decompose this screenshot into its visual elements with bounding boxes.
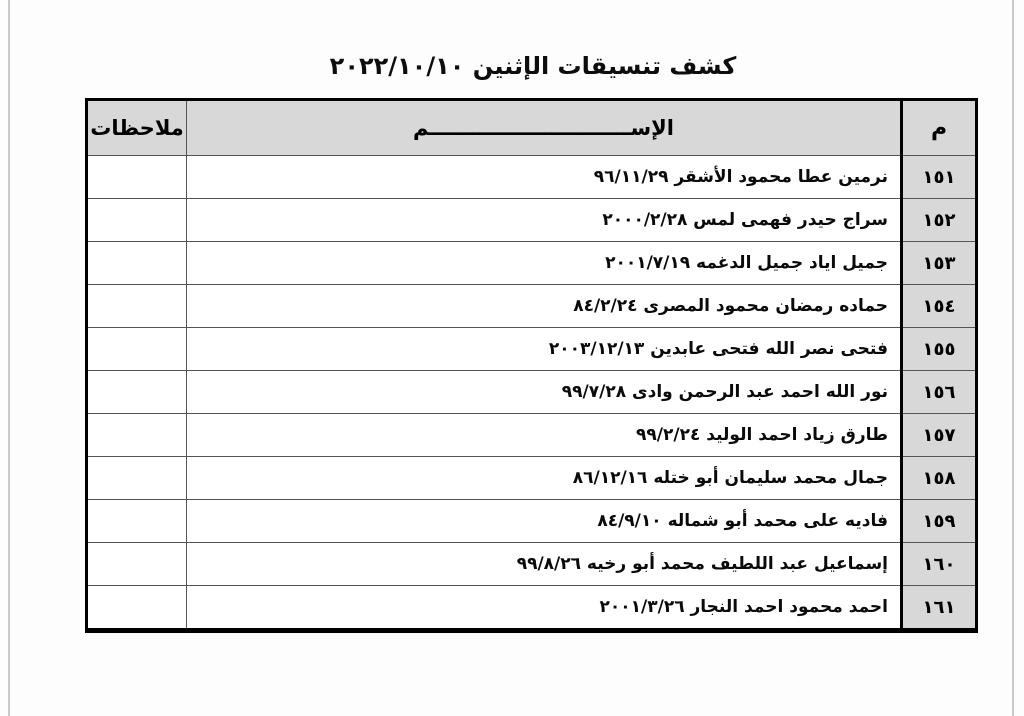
table-row: ١٥٢ سراج حيدر فهمى لمس ٢٠٠٠/٢/٢٨ [87, 199, 977, 242]
name-cell: جميل اياد جميل الدغمه ٢٠٠١/٧/١٩ [187, 242, 902, 285]
row-number-cell: ١٥٣ [902, 242, 977, 285]
notes-cell [87, 199, 187, 242]
table-row: ١٥٩ فاديه على محمد أبو شماله ٨٤/٩/١٠ [87, 500, 977, 543]
table-row: ١٥٥ فتحى نصر الله فتحى عابدين ٢٠٠٣/١٢/١٣ [87, 328, 977, 371]
row-number-cell: ١٦١ [902, 586, 977, 631]
row-number-cell: ١٥٢ [902, 199, 977, 242]
name-cell: سراج حيدر فهمى لمس ٢٠٠٠/٢/٢٨ [187, 199, 902, 242]
column-header-notes: ملاحظات [87, 100, 187, 156]
name-cell: جمال محمد سليمان أبو ختله ٨٦/١٢/١٦ [187, 457, 902, 500]
table-row: ١٦١ احمد محمود احمد النجار ٢٠٠١/٣/٢٦ [87, 586, 977, 631]
page-edge-line-left [8, 0, 10, 716]
notes-cell [87, 156, 187, 199]
row-number-cell: ١٦٠ [902, 543, 977, 586]
name-cell: طارق زياد احمد الوليد ٩٩/٢/٢٤ [187, 414, 902, 457]
notes-cell [87, 586, 187, 631]
row-number-cell: ١٥٩ [902, 500, 977, 543]
column-header-number: م [902, 100, 977, 156]
row-number-cell: ١٥٥ [902, 328, 977, 371]
notes-cell [87, 457, 187, 500]
notes-cell [87, 371, 187, 414]
notes-cell [87, 328, 187, 371]
coordination-table: م الإســــــــــــــــــــــــــــم ملاح… [85, 98, 978, 633]
row-number-cell: ١٥٤ [902, 285, 977, 328]
name-cell: احمد محمود احمد النجار ٢٠٠١/٣/٢٦ [187, 586, 902, 631]
name-cell: حماده رمضان محمود المصرى ٨٤/٢/٢٤ [187, 285, 902, 328]
document-page: كشف تنسيقات الإثنين ٢٠٢٢/١٠/١٠ م الإســـ… [0, 0, 1024, 716]
row-number-cell: ١٥٦ [902, 371, 977, 414]
name-cell: فتحى نصر الله فتحى عابدين ٢٠٠٣/١٢/١٣ [187, 328, 902, 371]
name-cell: نور الله احمد عبد الرحمن وادى ٩٩/٧/٢٨ [187, 371, 902, 414]
table-header-row: م الإســــــــــــــــــــــــــــم ملاح… [87, 100, 977, 156]
row-number-cell: ١٥٧ [902, 414, 977, 457]
table-row: ١٥١ نرمين عطا محمود الأشقر ٩٦/١١/٢٩ [87, 156, 977, 199]
table-row: ١٥٣ جميل اياد جميل الدغمه ٢٠٠١/٧/١٩ [87, 242, 977, 285]
notes-cell [87, 500, 187, 543]
notes-cell [87, 414, 187, 457]
table-row: ١٦٠ إسماعيل عبد اللطيف محمد أبو رخيه ٩٩/… [87, 543, 977, 586]
name-cell: نرمين عطا محمود الأشقر ٩٦/١١/٢٩ [187, 156, 902, 199]
row-number-cell: ١٥١ [902, 156, 977, 199]
page-edge-line-right [1012, 0, 1014, 716]
column-header-name: الإســــــــــــــــــــــــــــم [187, 100, 902, 156]
notes-cell [87, 242, 187, 285]
table-row: ١٥٧ طارق زياد احمد الوليد ٩٩/٢/٢٤ [87, 414, 977, 457]
page-title: كشف تنسيقات الإثنين ٢٠٢٢/١٠/١٠ [88, 52, 978, 80]
table-row: ١٥٦ نور الله احمد عبد الرحمن وادى ٩٩/٧/٢… [87, 371, 977, 414]
notes-cell [87, 285, 187, 328]
name-cell: فاديه على محمد أبو شماله ٨٤/٩/١٠ [187, 500, 902, 543]
name-cell: إسماعيل عبد اللطيف محمد أبو رخيه ٩٩/٨/٢٦ [187, 543, 902, 586]
row-number-cell: ١٥٨ [902, 457, 977, 500]
notes-cell [87, 543, 187, 586]
table-row: ١٥٤ حماده رمضان محمود المصرى ٨٤/٢/٢٤ [87, 285, 977, 328]
table-row: ١٥٨ جمال محمد سليمان أبو ختله ٨٦/١٢/١٦ [87, 457, 977, 500]
